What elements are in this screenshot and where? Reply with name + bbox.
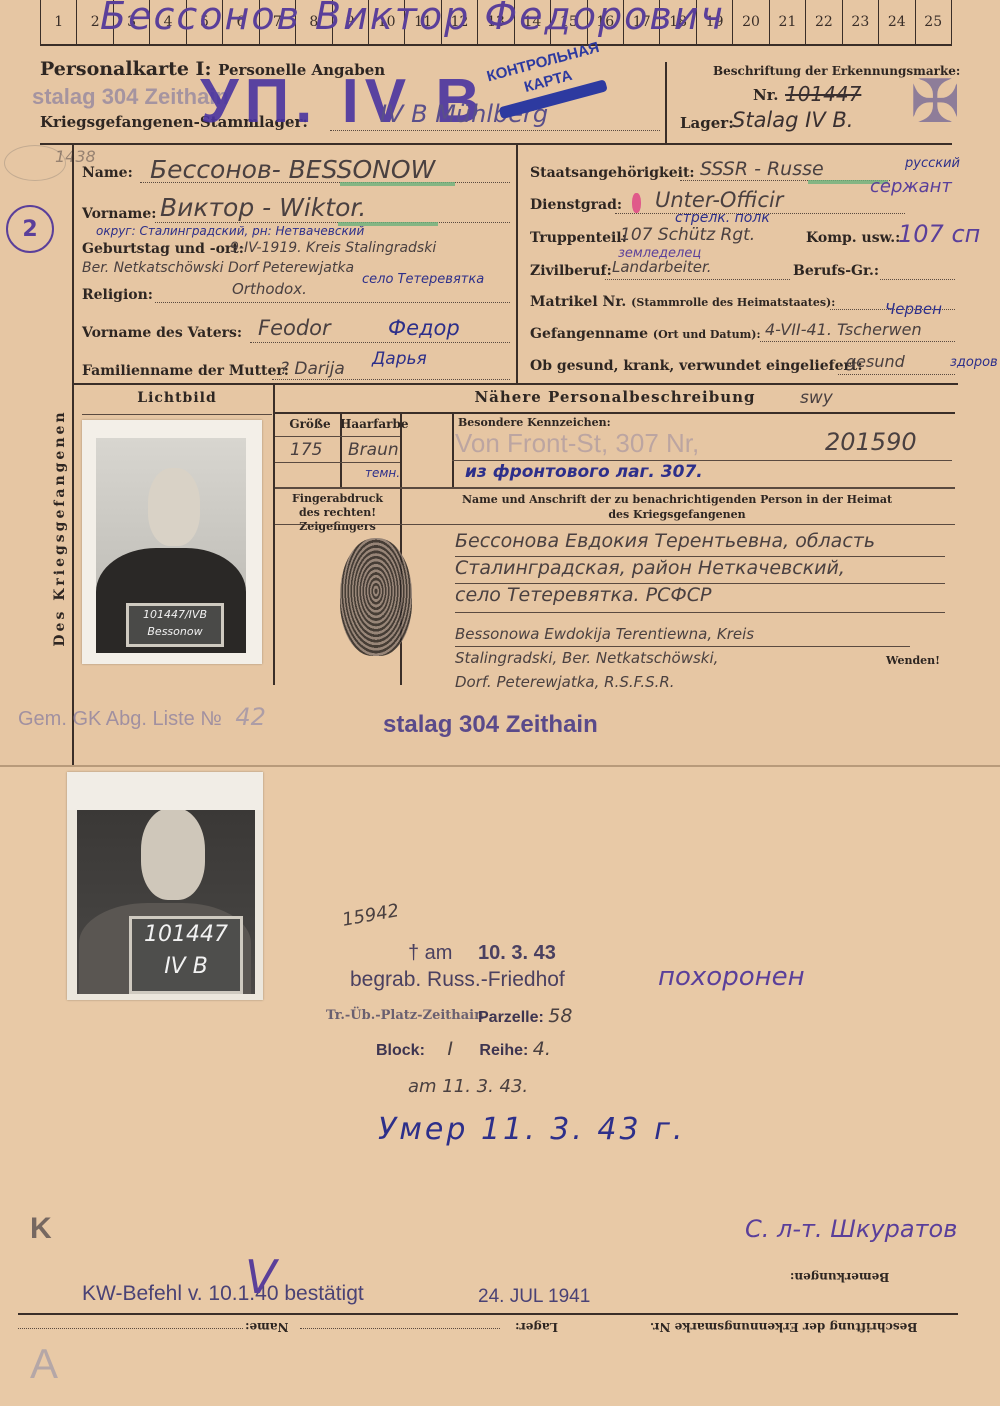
title-text: Personalkarte I:	[40, 58, 211, 80]
strip-cell: 24	[879, 0, 915, 44]
village-note: село Тетеревятка	[362, 272, 484, 287]
list-stamp-text: Gem. GK Abg. Liste №	[18, 708, 222, 730]
height-value: 175	[290, 440, 322, 460]
contact-label-1: Name und Anschrift der zu benachrichtige…	[402, 492, 952, 507]
mark-a: A	[30, 1340, 58, 1388]
religion-dots	[155, 302, 510, 303]
height-label: Größe	[280, 417, 340, 431]
photo-2-paper-flap	[67, 772, 263, 810]
photo-rule	[82, 414, 272, 415]
marks-rule	[452, 460, 952, 461]
section-rule	[72, 383, 958, 385]
marks-number: 201590	[825, 428, 917, 456]
health-dots	[838, 374, 955, 375]
marks-stamp: Von Front-St, 307 Nr,	[455, 428, 699, 459]
tag-camp-label: Lager:	[680, 114, 734, 132]
heading-note: swy	[800, 388, 833, 408]
marks-ru: из фронтового лаг. 307.	[465, 462, 703, 482]
fingerprint-image	[340, 538, 412, 656]
nationality-value: SSSR - Russe	[700, 158, 824, 180]
hair-ru: темн.	[365, 466, 400, 480]
photo-2-image: 101447 IV B	[77, 808, 255, 994]
contact-ru-line-3: село Тетеревятка. РСФСР	[455, 582, 875, 609]
upside-camp: Lager:	[515, 1320, 558, 1334]
block-value: I	[447, 1038, 453, 1060]
father-value-ru: Федор	[388, 316, 460, 340]
contact-ru: Бессонова Евдокия Терентьевна, область С…	[455, 528, 875, 609]
firstname-label: Vorname:	[82, 206, 156, 222]
green-mark	[340, 182, 455, 186]
strip-cell: 1	[40, 0, 77, 44]
place-stamp: Tr.-Üb.-Platz-Zeithain	[326, 1008, 484, 1023]
rank-value: Unter-Officir	[655, 188, 783, 212]
health-label: Ob gesund, krank, verwundet eingeliefert…	[530, 358, 863, 374]
fingerprint-rule	[275, 524, 400, 525]
photo-2-head	[141, 808, 205, 900]
profession-group-dots	[880, 279, 955, 280]
kw-stamp: KW-Befehl v. 10.1.40 bestätigt	[82, 1282, 364, 1306]
capture-ru: Червен	[885, 300, 942, 318]
tag-box-divider	[665, 62, 667, 144]
kw-handwritten-v: V	[245, 1250, 276, 1304]
table-divider-2	[400, 412, 402, 685]
mother-dots	[272, 379, 510, 380]
father-value: Feodor	[258, 316, 331, 340]
list-number: 42	[235, 703, 266, 731]
camp-stamp-mid: stalag 304 Zeithain	[383, 711, 598, 739]
upside-camp-dots	[300, 1328, 500, 1329]
matrikel-label-text: Matrikel Nr.	[530, 294, 626, 310]
firstname-value: Виктор - Wiktor.	[160, 193, 366, 222]
name-value: Бессонов- BESSONOW	[150, 155, 435, 184]
contact-line-4	[455, 646, 910, 647]
father-label: Vorname des Vaters:	[82, 325, 242, 341]
birth-label: Geburtstag und -ort:	[82, 241, 244, 257]
red-mark	[632, 193, 641, 213]
side-label: Des Kriegsgefangenen	[52, 398, 68, 658]
table-divider-3	[452, 412, 454, 487]
capture-label-text: Gefangenname	[530, 326, 648, 342]
mother-value: ? Darija	[280, 359, 345, 379]
slate-2-line-1: 101447	[132, 919, 240, 951]
died-stamp: † am 10. 3. 43	[408, 942, 556, 965]
mark-k: K	[30, 1212, 52, 1246]
rank-ru: сержант	[870, 176, 952, 197]
buried-ru: похоронен	[658, 962, 805, 992]
mother-label: Familienname der Mutter:	[82, 363, 289, 379]
prisoner-photo-2: 101447 IV B	[67, 772, 263, 1000]
health-ru: здоров	[950, 355, 998, 370]
hair-value: Braun	[348, 440, 399, 460]
upside-tag: Beschriftung der Erkennungsmarke Nr.	[650, 1320, 917, 1334]
circle-mark: 2	[6, 205, 54, 253]
header-rule	[40, 143, 952, 145]
capture-dots	[760, 341, 955, 342]
company-value: 107 сп	[898, 220, 980, 248]
signature: С. л-т. Шкуратов	[745, 1215, 957, 1243]
fingerprint-label: Fingerabdruck des rechten! Zeigefingers	[275, 492, 400, 534]
contact-label-2: des Kriegsgefangenen	[402, 507, 952, 522]
contact-de-line-3: Dorf. Peterewjatka, R.S.F.S.R.	[455, 670, 754, 694]
turn-over-label: Wenden!	[886, 654, 940, 667]
matrikel-label: Matrikel Nr. (Stammrolle des Heimatstaat…	[530, 294, 835, 310]
died-label: † am	[408, 942, 452, 964]
table-rule-1	[275, 436, 400, 437]
photo-divider	[273, 385, 275, 685]
photo-2-slate: 101447 IV B	[129, 916, 243, 994]
occupation-dots	[605, 279, 790, 280]
center-divider	[516, 143, 518, 383]
unit-label: Truppenteil:	[530, 230, 627, 246]
parcel-label: Parzelle:	[478, 1009, 544, 1026]
matrikel-sub: (Stammrolle des Heimatstaates):	[631, 296, 835, 309]
contact-de-line-1: Bessonowa Ewdokija Terentiewna, Kreis	[455, 622, 754, 646]
hair-label: Haarfarbe	[340, 417, 400, 431]
capture-sub: (Ort und Datum):	[653, 328, 761, 341]
contact-line-1	[455, 556, 945, 557]
am-date: am 11. 3. 43.	[408, 1076, 528, 1097]
capture-label: Gefangenname (Ort und Datum):	[530, 326, 761, 342]
contact-ru-line-2: Сталинградская, район Неткачевский,	[455, 555, 875, 582]
religion-value: Orthodox.	[232, 280, 307, 298]
unit-value: 107 Schütz Rgt.	[620, 225, 755, 245]
nationality-ru: русский	[905, 156, 960, 171]
religion-label: Religion:	[82, 287, 153, 303]
contact-de: Bessonowa Ewdokija Terentiewna, Kreis St…	[455, 622, 754, 694]
name-label: Name:	[82, 165, 133, 181]
strip-cell: 22	[806, 0, 842, 44]
description-heading: Nähere Personalbeschreibung	[280, 388, 950, 406]
birth-value: 9-IV-1919. Kreis Stalingradski	[230, 240, 436, 256]
tag-nr-label: Nr.	[753, 86, 778, 104]
block-row: Block: I Reihe: 4.	[376, 1038, 551, 1060]
nationality-label: Staatsangehörigkeit:	[530, 165, 695, 181]
capture-value: 4-VII-41. Tscherwen	[765, 320, 922, 339]
occupation-value: Landarbeiter.	[612, 258, 712, 276]
died-date: 10. 3. 43	[478, 942, 556, 964]
occupation-label: Zivilberuf:	[530, 263, 612, 279]
tag-nr-value: 101447	[785, 82, 861, 106]
contact-line-2	[455, 583, 945, 584]
contact-line-3	[455, 612, 945, 613]
left-border	[72, 143, 74, 767]
photo-1-image: 101447/IVB Bessonow	[96, 438, 246, 653]
firstname-dots	[155, 222, 510, 223]
table-rule-3	[275, 487, 955, 489]
upside-name-dots	[18, 1328, 243, 1329]
fingerprint-label-1: Fingerabdruck	[275, 492, 400, 506]
buried-stamp: begrab. Russ.-Friedhof	[350, 968, 565, 992]
district-note: округ: Сталинградский, рн: Нетвачевский	[96, 224, 364, 238]
slate-1-line-1: 101447/IVB	[129, 606, 221, 623]
mother-value-ru: Дарья	[372, 349, 427, 369]
parcel-value: 58	[548, 1005, 572, 1027]
kw-date: 24. JUL 1941	[478, 1286, 590, 1308]
died-ru: Умер 11. 3. 43 г.	[378, 1112, 685, 1147]
profession-group-label: Berufs-Gr.:	[793, 263, 879, 279]
birth-value-2: Ber. Netkatschöwski Dorf Peterewjatka	[82, 260, 354, 276]
contact-label: Name und Anschrift der zu benachrichtige…	[402, 492, 952, 522]
rank-label: Dienstgrad:	[530, 197, 622, 213]
slate-1-line-2: Bessonow	[129, 623, 221, 640]
tag-camp-value: Stalag IV B.	[732, 108, 853, 132]
strip-cell: 23	[843, 0, 879, 44]
table-rule-2	[275, 462, 400, 463]
remarks-upside: Bemerkungen:	[790, 1270, 889, 1284]
contact-ru-line-1: Бессонова Евдокия Терентьевна, область	[455, 528, 875, 555]
row-label: Reihe:	[479, 1042, 528, 1059]
strip-handwriting: Бессонов Виктор Федорович	[100, 0, 725, 38]
strip-cell: 21	[770, 0, 806, 44]
prisoner-photo-1: 101447/IVB Bessonow	[82, 420, 262, 664]
description-rule	[275, 412, 955, 414]
photo-label: Lichtbild	[82, 390, 272, 406]
strip-cell: 25	[916, 0, 952, 44]
photo-1-head	[148, 468, 200, 546]
health-value: gesund	[846, 352, 905, 371]
company-label: Komp. usw.:	[806, 230, 900, 246]
cross-stamp-icon: ✠	[910, 72, 960, 132]
pencil-mark: 1438	[55, 147, 96, 166]
row-value: 4.	[533, 1038, 551, 1060]
fingerprint-label-2: des rechten! Zeigefingers	[275, 506, 400, 534]
slate-2-line-2: IV B	[132, 951, 240, 983]
photo-1-slate: 101447/IVB Bessonow	[126, 603, 224, 647]
parcel: Parzelle: 58	[478, 1005, 572, 1027]
strip-cell: 20	[733, 0, 769, 44]
footer-rule	[18, 1313, 958, 1315]
rank-ru-2: стрелк. полк	[675, 210, 770, 226]
block-label: Block:	[376, 1042, 425, 1059]
upside-name: Name:	[245, 1320, 289, 1334]
contact-de-line-2: Stalingradski, Ber. Netkatschöwski,	[455, 646, 754, 670]
list-stamp: Gem. GK Abg. Liste № 42	[18, 703, 266, 731]
father-dots	[250, 342, 510, 343]
contact-rule	[400, 524, 955, 525]
